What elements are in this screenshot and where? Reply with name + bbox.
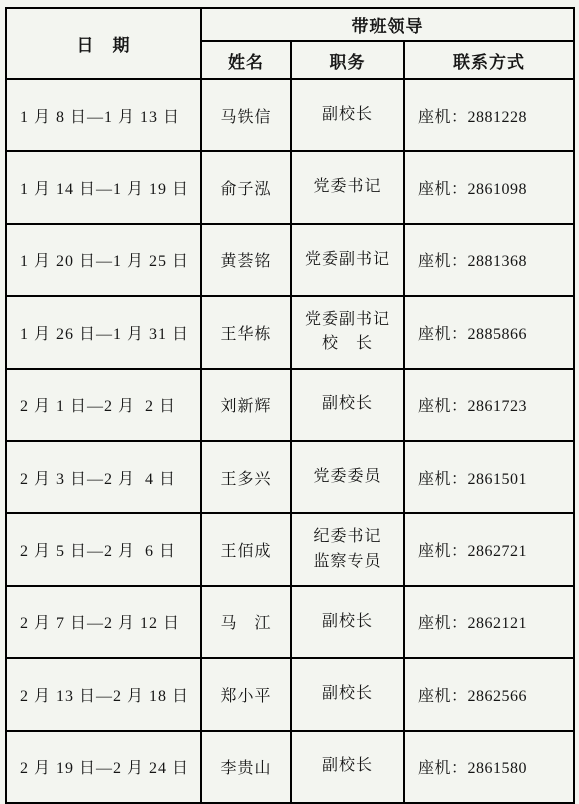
table-row: 2 月 5 日—2 月 6 日王佰成纪委书记 监察专员座机：2862721: [6, 513, 574, 585]
contact-cell: 座机：2861098: [404, 151, 574, 223]
position-cell: 副校长: [291, 369, 404, 441]
name-cell: 马铁信: [201, 79, 291, 151]
date-cell: 1 月 8 日—1 月 13 日: [6, 79, 201, 151]
position-cell: 副校长: [291, 586, 404, 658]
header-duty-leader-group: 带班领导: [201, 8, 574, 41]
table-row: 1 月 14 日—1 月 19 日俞子泓党委书记座机：2861098: [6, 151, 574, 223]
position-cell: 党委副书记 校 长: [291, 296, 404, 368]
header-contact: 联系方式: [404, 41, 574, 79]
date-cell: 2 月 13 日—2 月 18 日: [6, 658, 201, 730]
table-header: 日 期 带班领导 姓名 职务 联系方式: [6, 8, 574, 79]
contact-cell: 座机：2885866: [404, 296, 574, 368]
name-cell: 王多兴: [201, 441, 291, 513]
name-cell: 李贵山: [201, 731, 291, 803]
table-row: 2 月 13 日—2 月 18 日郑小平副校长座机：2862566: [6, 658, 574, 730]
position-cell: 党委书记: [291, 151, 404, 223]
contact-cell: 座机：2861580: [404, 731, 574, 803]
table-row: 2 月 7 日—2 月 12 日马 江副校长座机：2862121: [6, 586, 574, 658]
header-date: 日 期: [6, 8, 201, 79]
date-cell: 1 月 26 日—1 月 31 日: [6, 296, 201, 368]
date-cell: 2 月 1 日—2 月 2 日: [6, 369, 201, 441]
contact-cell: 座机：2862566: [404, 658, 574, 730]
date-cell: 2 月 3 日—2 月 4 日: [6, 441, 201, 513]
name-cell: 郑小平: [201, 658, 291, 730]
contact-cell: 座机：2881368: [404, 224, 574, 296]
table-row: 2 月 1 日—2 月 2 日刘新辉副校长座机：2861723: [6, 369, 574, 441]
contact-cell: 座机：2861501: [404, 441, 574, 513]
name-cell: 王佰成: [201, 513, 291, 585]
position-cell: 纪委书记 监察专员: [291, 513, 404, 585]
table-row: 1 月 26 日—1 月 31 日王华栋党委副书记 校 长座机：2885866: [6, 296, 574, 368]
position-cell: 党委副书记: [291, 224, 404, 296]
page: { "page": { "background": "#f3f5f0", "bo…: [0, 0, 579, 804]
name-cell: 马 江: [201, 586, 291, 658]
date-cell: 2 月 5 日—2 月 6 日: [6, 513, 201, 585]
name-cell: 王华栋: [201, 296, 291, 368]
table-row: 1 月 20 日—1 月 25 日黄荟铭党委副书记座机：2881368: [6, 224, 574, 296]
position-cell: 副校长: [291, 658, 404, 730]
position-cell: 副校长: [291, 79, 404, 151]
name-cell: 黄荟铭: [201, 224, 291, 296]
contact-cell: 座机：2881228: [404, 79, 574, 151]
duty-schedule-table: 日 期 带班领导 姓名 职务 联系方式 1 月 8 日—1 月 13 日马铁信副…: [5, 7, 575, 804]
name-cell: 刘新辉: [201, 369, 291, 441]
position-cell: 副校长: [291, 731, 404, 803]
contact-cell: 座机：2862121: [404, 586, 574, 658]
table-row: 2 月 19 日—2 月 24 日李贵山副校长座机：2861580: [6, 731, 574, 803]
contact-cell: 座机：2861723: [404, 369, 574, 441]
position-cell: 党委委员: [291, 441, 404, 513]
header-row-group: 日 期 带班领导: [6, 8, 574, 41]
date-cell: 1 月 20 日—1 月 25 日: [6, 224, 201, 296]
table-row: 2 月 3 日—2 月 4 日王多兴党委委员座机：2861501: [6, 441, 574, 513]
table-body: 1 月 8 日—1 月 13 日马铁信副校长座机：28812281 月 14 日…: [6, 79, 574, 803]
name-cell: 俞子泓: [201, 151, 291, 223]
header-position: 职务: [291, 41, 404, 79]
date-cell: 2 月 19 日—2 月 24 日: [6, 731, 201, 803]
contact-cell: 座机：2862721: [404, 513, 574, 585]
header-name: 姓名: [201, 41, 291, 79]
date-cell: 1 月 14 日—1 月 19 日: [6, 151, 201, 223]
date-cell: 2 月 7 日—2 月 12 日: [6, 586, 201, 658]
table-row: 1 月 8 日—1 月 13 日马铁信副校长座机：2881228: [6, 79, 574, 151]
